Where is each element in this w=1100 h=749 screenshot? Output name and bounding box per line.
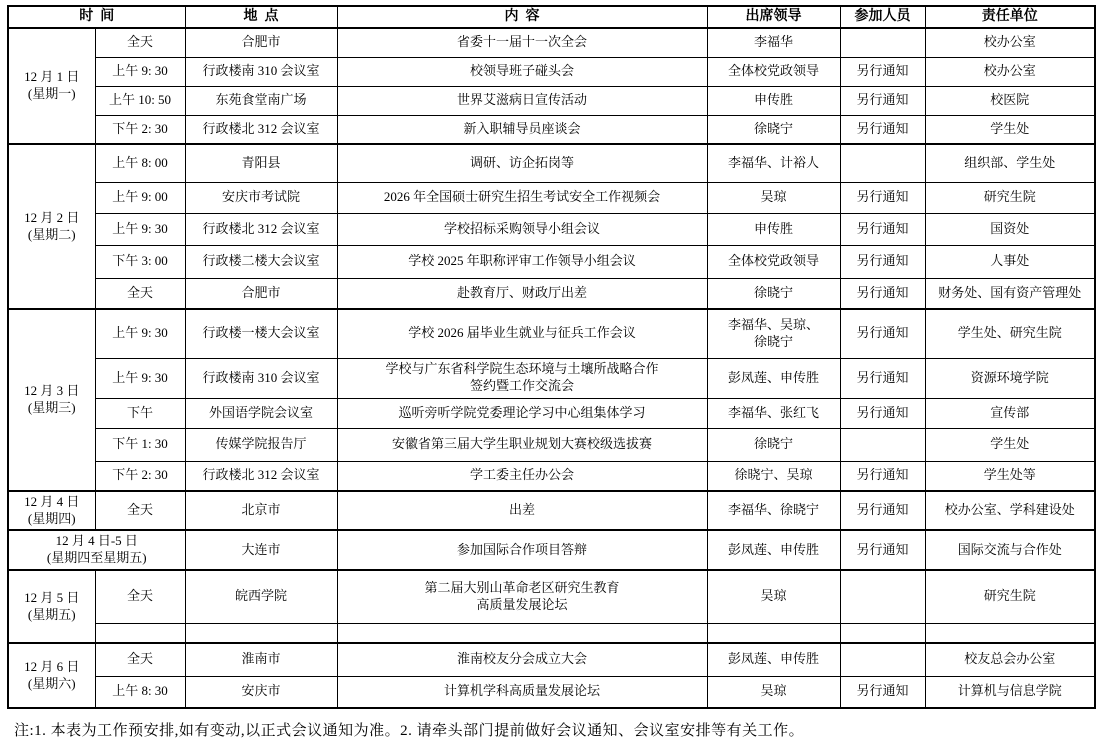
cell-unit: 人事处 — [925, 245, 1095, 278]
cell-unit: 宣传部 — [925, 398, 1095, 428]
cell-participants — [840, 428, 925, 461]
date-text: 12 月 6 日 — [11, 659, 93, 676]
table-row: 下午 1: 30 传媒学院报告厅 安徽省第三届大学生职业规划大赛校级选拔赛 徐晓… — [8, 428, 1095, 461]
cell-location: 行政楼南 310 会议室 — [185, 358, 337, 398]
cell-time: 上午 9: 30 — [95, 213, 185, 245]
cell-location — [185, 623, 337, 643]
cell-unit: 资源环境学院 — [925, 358, 1095, 398]
table-row: 下午 3: 00 行政楼二楼大会议室 学校 2025 年职称评审工作领导小组会议… — [8, 245, 1095, 278]
cell-time: 下午 — [95, 398, 185, 428]
cell-time: 全天 — [95, 643, 185, 676]
cell-leaders: 李福华、张红飞 — [707, 398, 840, 428]
cell-leaders: 全体校党政领导 — [707, 57, 840, 86]
cell-unit: 研究生院 — [925, 570, 1095, 623]
cell-location: 皖西学院 — [185, 570, 337, 623]
cell-participants: 另行通知 — [840, 115, 925, 144]
cell-participants: 另行通知 — [840, 398, 925, 428]
week-text: (星期五) — [11, 607, 93, 624]
cell-content: 安徽省第三届大学生职业规划大赛校级选拔赛 — [337, 428, 707, 461]
cell-leaders: 徐晓宁 — [707, 115, 840, 144]
cell-unit: 国际交流与合作处 — [925, 530, 1095, 570]
cell-time: 下午 2: 30 — [95, 115, 185, 144]
col-header-time: 时 间 — [8, 6, 185, 28]
table-row: 上午 10: 50 东苑食堂南广场 世界艾滋病日宣传活动 申传胜 另行通知 校医… — [8, 86, 1095, 115]
cell-leaders: 全体校党政领导 — [707, 245, 840, 278]
date-text: 12 月 2 日 — [11, 210, 93, 227]
cell-participants: 另行通知 — [840, 309, 925, 358]
cell-time: 全天 — [95, 491, 185, 530]
cell-location: 行政楼北 312 会议室 — [185, 213, 337, 245]
cell-participants: 另行通知 — [840, 491, 925, 530]
week-text: (星期三) — [11, 400, 93, 417]
cell-leaders: 申传胜 — [707, 213, 840, 245]
cell-time: 上午 8: 00 — [95, 144, 185, 182]
date-text: 12 月 4 日 — [11, 494, 93, 511]
cell-time: 全天 — [95, 570, 185, 623]
cell-content: 淮南校友分会成立大会 — [337, 643, 707, 676]
date-cell: 12 月 4 日-5 日(星期四至星期五) — [8, 530, 185, 570]
cell-content: 学校与广东省科学院生态环境与土壤所战略合作 签约暨工作交流会 — [337, 358, 707, 398]
col-header-leaders: 出席领导 — [707, 6, 840, 28]
date-cell: 12 月 6 日(星期六) — [8, 643, 95, 708]
cell-time: 上午 9: 00 — [95, 182, 185, 213]
cell-participants: 另行通知 — [840, 278, 925, 309]
cell-time: 上午 10: 50 — [95, 86, 185, 115]
date-cell: 12 月 3 日(星期三) — [8, 309, 95, 491]
cell-location: 合肥市 — [185, 28, 337, 57]
cell-unit: 国资处 — [925, 213, 1095, 245]
cell-participants — [840, 28, 925, 57]
table-row: 12 月 6 日(星期六) 全天 淮南市 淮南校友分会成立大会 彭凤莲、申传胜 … — [8, 643, 1095, 676]
table-row: 下午 2: 30 行政楼北 312 会议室 学工委主任办公会 徐晓宁、吴琼 另行… — [8, 461, 1095, 491]
table-row: 12 月 2 日(星期二) 上午 8: 00 青阳县 调研、访企拓岗等 李福华、… — [8, 144, 1095, 182]
cell-location: 大连市 — [185, 530, 337, 570]
cell-participants — [840, 623, 925, 643]
cell-unit: 学生处 — [925, 428, 1095, 461]
cell-leaders: 彭凤莲、申传胜 — [707, 530, 840, 570]
cell-leaders: 吴琼 — [707, 676, 840, 708]
cell-participants — [840, 144, 925, 182]
cell-participants — [840, 643, 925, 676]
cell-unit: 校办公室、学科建设处 — [925, 491, 1095, 530]
cell-content: 参加国际合作项目答辩 — [337, 530, 707, 570]
col-header-content: 内 容 — [337, 6, 707, 28]
cell-unit: 学生处、研究生院 — [925, 309, 1095, 358]
cell-content: 赴教育厅、财政厅出差 — [337, 278, 707, 309]
cell-location: 青阳县 — [185, 144, 337, 182]
cell-leaders: 李福华、徐晓宁 — [707, 491, 840, 530]
cell-unit: 校医院 — [925, 86, 1095, 115]
cell-content: 计算机学科高质量发展论坛 — [337, 676, 707, 708]
cell-content: 巡听旁听学院党委理论学习中心组集体学习 — [337, 398, 707, 428]
week-text: (星期六) — [11, 676, 93, 693]
week-text: (星期一) — [11, 86, 93, 103]
date-cell: 12 月 5 日(星期五) — [8, 570, 95, 643]
cell-time: 上午 9: 30 — [95, 358, 185, 398]
table-row: 下午 2: 30 行政楼北 312 会议室 新入职辅导员座谈会 徐晓宁 另行通知… — [8, 115, 1095, 144]
cell-participants: 另行通知 — [840, 86, 925, 115]
cell-time: 全天 — [95, 28, 185, 57]
week-text: (星期二) — [11, 227, 93, 244]
cell-time: 下午 1: 30 — [95, 428, 185, 461]
table-row: 下午 外国语学院会议室 巡听旁听学院党委理论学习中心组集体学习 李福华、张红飞 … — [8, 398, 1095, 428]
week-text: (星期四至星期五) — [11, 550, 183, 567]
cell-content: 学校 2026 届毕业生就业与征兵工作会议 — [337, 309, 707, 358]
table-row: 上午 9: 00 安庆市考试院 2026 年全国硕士研究生招生考试安全工作视频会… — [8, 182, 1095, 213]
cell-leaders: 吴琼 — [707, 570, 840, 623]
cell-location: 行政楼北 312 会议室 — [185, 115, 337, 144]
cell-participants: 另行通知 — [840, 461, 925, 491]
cell-content: 校领导班子碰头会 — [337, 57, 707, 86]
cell-participants: 另行通知 — [840, 213, 925, 245]
cell-unit: 计算机与信息学院 — [925, 676, 1095, 708]
footnote: 注:1. 本表为工作预安排,如有变动,以正式会议通知为准。2. 请牵头部门提前做… — [14, 719, 1100, 740]
cell-leaders: 吴琼 — [707, 182, 840, 213]
cell-unit: 校友总会办公室 — [925, 643, 1095, 676]
cell-unit: 财务处、国有资产管理处 — [925, 278, 1095, 309]
date-cell: 12 月 1 日(星期一) — [8, 28, 95, 144]
table-row: 上午 9: 30 行政楼南 310 会议室 校领导班子碰头会 全体校党政领导 另… — [8, 57, 1095, 86]
cell-unit: 组织部、学生处 — [925, 144, 1095, 182]
cell-time: 下午 2: 30 — [95, 461, 185, 491]
date-text: 12 月 3 日 — [11, 383, 93, 400]
cell-unit: 校办公室 — [925, 57, 1095, 86]
cell-leaders: 徐晓宁、吴琼 — [707, 461, 840, 491]
cell-leaders: 李福华、吴琼、 徐晓宁 — [707, 309, 840, 358]
cell-content: 世界艾滋病日宣传活动 — [337, 86, 707, 115]
table-row: 12 月 4 日-5 日(星期四至星期五) 大连市 参加国际合作项目答辩 彭凤莲… — [8, 530, 1095, 570]
cell-location: 安庆市考试院 — [185, 182, 337, 213]
table-row: 12 月 1 日(星期一) 全天 合肥市 省委十一届十一次全会 李福华 校办公室 — [8, 28, 1095, 57]
cell-location: 行政楼南 310 会议室 — [185, 57, 337, 86]
cell-time: 全天 — [95, 278, 185, 309]
cell-unit: 研究生院 — [925, 182, 1095, 213]
cell-participants: 另行通知 — [840, 676, 925, 708]
table-row: 上午 9: 30 行政楼北 312 会议室 学校招标采购领导小组会议 申传胜 另… — [8, 213, 1095, 245]
cell-time — [95, 623, 185, 643]
col-header-unit: 责任单位 — [925, 6, 1095, 28]
cell-content: 新入职辅导员座谈会 — [337, 115, 707, 144]
cell-content: 2026 年全国硕士研究生招生考试安全工作视频会 — [337, 182, 707, 213]
cell-content — [337, 623, 707, 643]
cell-location: 淮南市 — [185, 643, 337, 676]
cell-location: 合肥市 — [185, 278, 337, 309]
cell-time: 下午 3: 00 — [95, 245, 185, 278]
cell-leaders — [707, 623, 840, 643]
cell-location: 北京市 — [185, 491, 337, 530]
cell-leaders: 申传胜 — [707, 86, 840, 115]
cell-location: 外国语学院会议室 — [185, 398, 337, 428]
cell-unit: 校办公室 — [925, 28, 1095, 57]
table-row: 12 月 5 日(星期五) 全天 皖西学院 第二届大别山革命老区研究生教育 高质… — [8, 570, 1095, 623]
cell-participants: 另行通知 — [840, 182, 925, 213]
cell-unit: 学生处等 — [925, 461, 1095, 491]
cell-location: 传媒学院报告厅 — [185, 428, 337, 461]
date-cell: 12 月 4 日(星期四) — [8, 491, 95, 530]
cell-leaders: 李福华、计裕人 — [707, 144, 840, 182]
cell-participants: 另行通知 — [840, 358, 925, 398]
header-row: 时 间 地 点 内 容 出席领导 参加人员 责任单位 — [8, 6, 1095, 28]
cell-leaders: 彭凤莲、申传胜 — [707, 358, 840, 398]
cell-location: 行政楼二楼大会议室 — [185, 245, 337, 278]
cell-participants: 另行通知 — [840, 245, 925, 278]
cell-participants: 另行通知 — [840, 530, 925, 570]
cell-unit: 学生处 — [925, 115, 1095, 144]
date-text: 12 月 1 日 — [11, 69, 93, 86]
table-row: 12 月 3 日(星期三) 上午 9: 30 行政楼一楼大会议室 学校 2026… — [8, 309, 1095, 358]
cell-leaders: 彭凤莲、申传胜 — [707, 643, 840, 676]
cell-content: 调研、访企拓岗等 — [337, 144, 707, 182]
cell-content: 第二届大别山革命老区研究生教育 高质量发展论坛 — [337, 570, 707, 623]
cell-content: 学工委主任办公会 — [337, 461, 707, 491]
date-text: 12 月 4 日-5 日 — [11, 533, 183, 550]
cell-participants — [840, 570, 925, 623]
cell-content: 出差 — [337, 491, 707, 530]
cell-time: 上午 8: 30 — [95, 676, 185, 708]
schedule-document: 时 间 地 点 内 容 出席领导 参加人员 责任单位 12 月 1 日(星期一)… — [0, 0, 1100, 749]
table-row: 上午 9: 30 行政楼南 310 会议室 学校与广东省科学院生态环境与土壤所战… — [8, 358, 1095, 398]
table-row: 12 月 4 日(星期四) 全天 北京市 出差 李福华、徐晓宁 另行通知 校办公… — [8, 491, 1095, 530]
cell-content: 学校招标采购领导小组会议 — [337, 213, 707, 245]
cell-content: 省委十一届十一次全会 — [337, 28, 707, 57]
cell-time: 上午 9: 30 — [95, 309, 185, 358]
table-row — [8, 623, 1095, 643]
table-row: 上午 8: 30 安庆市 计算机学科高质量发展论坛 吴琼 另行通知 计算机与信息… — [8, 676, 1095, 708]
cell-content: 学校 2025 年职称评审工作领导小组会议 — [337, 245, 707, 278]
cell-unit — [925, 623, 1095, 643]
cell-leaders: 徐晓宁 — [707, 428, 840, 461]
cell-location: 行政楼北 312 会议室 — [185, 461, 337, 491]
date-text: 12 月 5 日 — [11, 590, 93, 607]
col-header-location: 地 点 — [185, 6, 337, 28]
cell-leaders: 李福华 — [707, 28, 840, 57]
col-header-participants: 参加人员 — [840, 6, 925, 28]
cell-location: 行政楼一楼大会议室 — [185, 309, 337, 358]
cell-participants: 另行通知 — [840, 57, 925, 86]
cell-location: 安庆市 — [185, 676, 337, 708]
cell-leaders: 徐晓宁 — [707, 278, 840, 309]
table-row: 全天 合肥市 赴教育厅、财政厅出差 徐晓宁 另行通知 财务处、国有资产管理处 — [8, 278, 1095, 309]
schedule-table: 时 间 地 点 内 容 出席领导 参加人员 责任单位 12 月 1 日(星期一)… — [7, 5, 1096, 709]
week-text: (星期四) — [11, 511, 93, 528]
cell-location: 东苑食堂南广场 — [185, 86, 337, 115]
date-cell: 12 月 2 日(星期二) — [8, 144, 95, 309]
cell-time: 上午 9: 30 — [95, 57, 185, 86]
